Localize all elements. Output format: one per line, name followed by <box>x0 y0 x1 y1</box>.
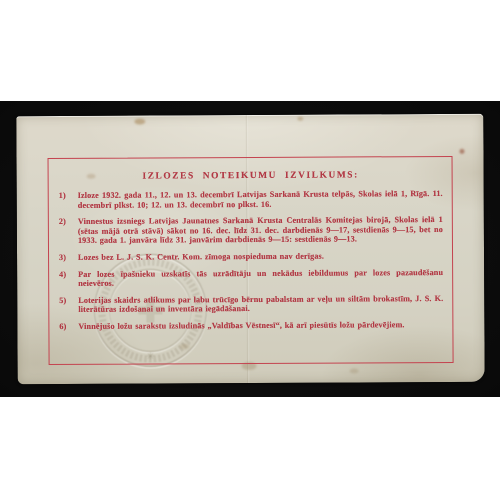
item-text: Par lozes īpašnieku uzskatīs tās uzrādīt… <box>78 268 443 289</box>
item-text: Vinnējušo ložu sarakstu izsludinās „Vald… <box>78 320 443 332</box>
list-item: 6) Vinnējušo ložu sarakstu izsludinās „V… <box>59 320 443 332</box>
list-item: 3) Lozes bez L. J. S. K. Centr. Kom. zīm… <box>59 251 443 263</box>
item-text: Loterijas skaidrs atlikums par labu trūc… <box>78 294 443 315</box>
list-item: 4) Par lozes īpašnieku uzskatīs tās uzrā… <box>59 268 443 289</box>
paper-stain <box>459 149 464 154</box>
ticket-paper: ✳ IZLOZES NOTEIKUMU IZVILKUMS: 1) Izloze… <box>16 114 484 384</box>
scan-page: ✳ IZLOZES NOTEIKUMU IZVILKUMS: 1) Izloze… <box>0 0 500 500</box>
paper-stain <box>297 117 303 121</box>
list-item: 1) Izloze 1932. gada 11., 12. un 13. dec… <box>59 189 443 210</box>
item-number: 6) <box>59 322 78 332</box>
item-number: 1) <box>59 191 78 210</box>
paper-stain <box>134 119 145 125</box>
item-number: 3) <box>59 253 78 263</box>
rules-title: IZLOZES NOTEIKUMU IZVILKUMS: <box>59 170 443 182</box>
paper-stain <box>350 368 359 373</box>
item-text: Izloze 1932. gada 11., 12. un 13. decemb… <box>78 189 443 210</box>
list-item: 2) Vinnestus izsniegs Latvijas Jaunatnes… <box>59 215 443 246</box>
item-number: 5) <box>59 296 78 315</box>
rules-frame: IZLOZES NOTEIKUMU IZVILKUMS: 1) Izloze 1… <box>48 156 454 365</box>
rules-list: 1) Izloze 1932. gada 11., 12. un 13. dec… <box>59 189 444 332</box>
list-item: 5) Loterijas skaidrs atlikums par labu t… <box>59 294 443 315</box>
item-text: Lozes bez L. J. S. K. Centr. Kom. zīmoga… <box>78 251 443 263</box>
item-number: 2) <box>59 217 78 246</box>
item-number: 4) <box>59 269 78 288</box>
item-text: Vinnestus izsniegs Latvijas Jaunatnes Sa… <box>78 215 443 246</box>
